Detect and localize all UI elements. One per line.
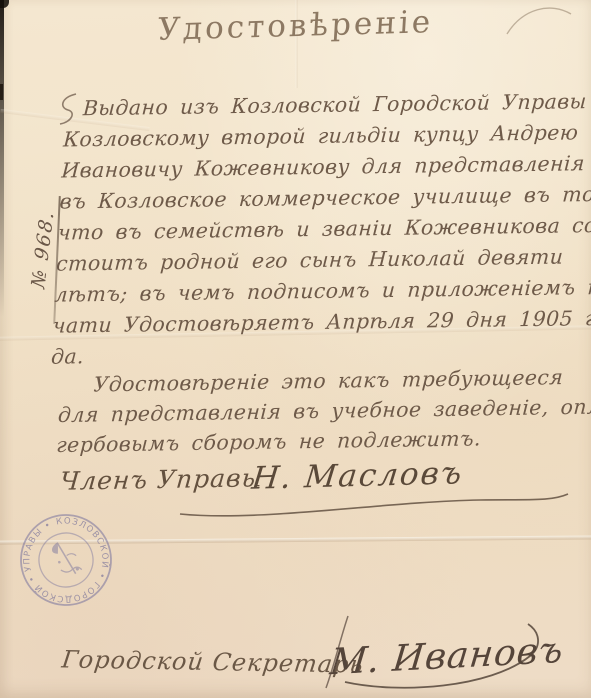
city-board-stamp-icon: КОЗЛОВСКОЙ • ГОРОДСКОЙ • УПРАВЫ • [3,497,129,623]
secretary-signature: М. Ивановъ [328,630,566,684]
member-role-label: Членъ Управы [59,463,265,496]
scanned-certificate-page: Удостовѣреніе № 968. Выдано изъ Козловск… [0,0,591,698]
stamp-ring-text: КОЗЛОВСКОЙ • ГОРОДСКОЙ • УПРАВЫ • [11,505,121,615]
scan-edge-nick-artifact [0,84,3,100]
certificate-body-paragraph: Выдано изъ Козловской Городской Управы К… [50,86,578,372]
stamp-coat-of-arms [51,538,83,578]
member-signature: Н. Масловъ [250,455,465,497]
secretary-role-label: Городской Секретарь [60,645,365,678]
svg-text:КОЗЛОВСКОЙ • ГОРОДСКОЙ • УПРАВ: КОЗЛОВСКОЙ • ГОРОДСКОЙ • УПРАВЫ • [11,505,121,615]
stamp-duty-note-paragraph: Удостовѣреніе это какъ требующееся для п… [56,362,573,460]
